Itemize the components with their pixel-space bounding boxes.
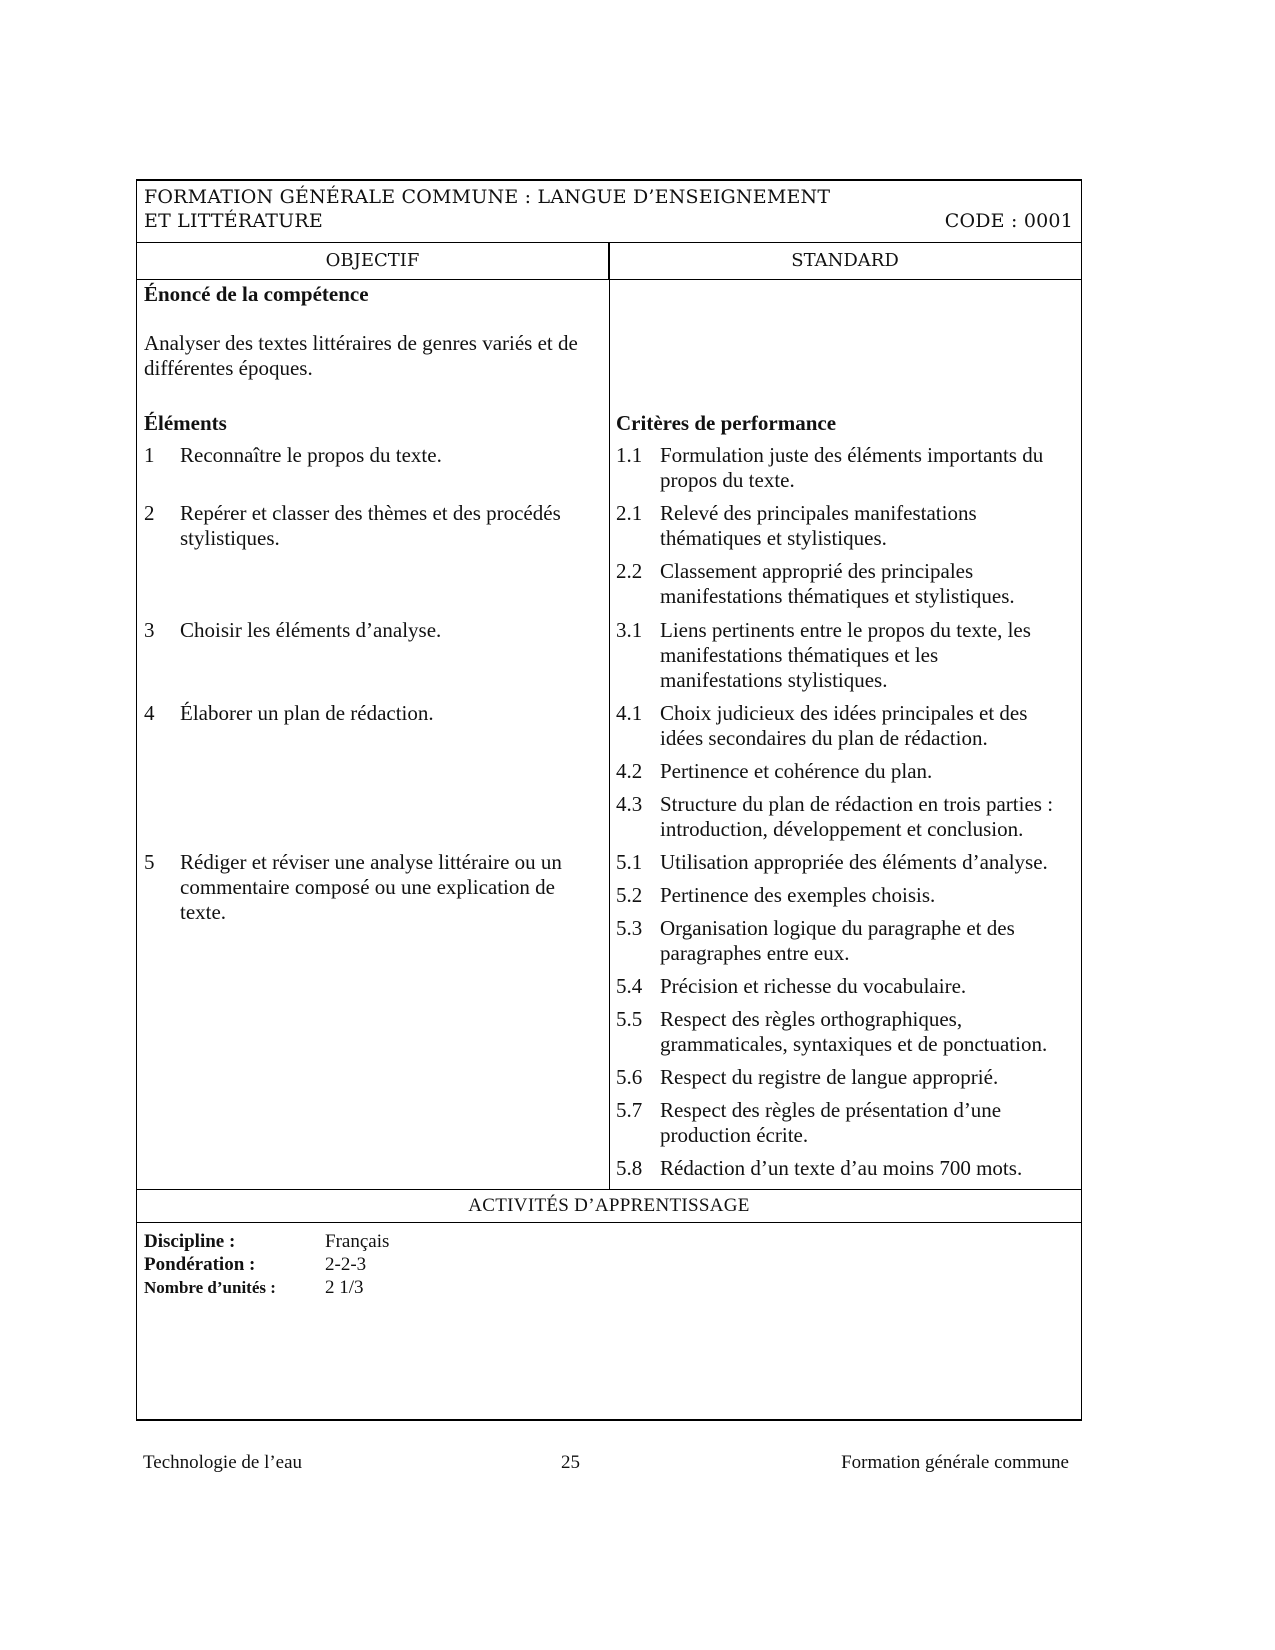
course-code: CODE : 0001 — [945, 210, 1073, 232]
item-text: Relevé des principales manifestations — [660, 501, 977, 526]
item-number: 4 — [144, 701, 155, 726]
item-text: grammaticales, syntaxiques et de ponctua… — [660, 1032, 1047, 1057]
item-text: Précision et richesse du vocabulaire. — [660, 974, 966, 999]
item-text: Rédiger et réviser une analyse littérair… — [180, 850, 562, 875]
document-page: FORMATION GÉNÉRALE COMMUNE : LANGUE D’EN… — [0, 0, 1275, 1650]
item-text: Respect des règles orthographiques, — [660, 1007, 962, 1032]
column-divider — [609, 243, 610, 1189]
table-title-row: FORMATION GÉNÉRALE COMMUNE : LANGUE D’EN… — [137, 181, 1081, 243]
item-text: Structure du plan de rédaction en trois … — [660, 792, 1053, 817]
item-number: 5.4 — [616, 974, 642, 999]
item-text: Organisation logique du paragraphe et de… — [660, 916, 1015, 941]
item-text: Formulation juste des éléments important… — [660, 443, 1043, 468]
item-number: 1 — [144, 443, 155, 468]
item-number: 4.3 — [616, 792, 642, 817]
item-text: commentaire composé ou une explication d… — [180, 875, 555, 900]
item-text: production écrite. — [660, 1123, 808, 1148]
item-text: texte. — [180, 900, 226, 925]
title-line-2: ET LITTÉRATURE — [144, 210, 323, 232]
item-number: 5.5 — [616, 1007, 642, 1032]
footer-left: Technologie de l’eau — [143, 1452, 302, 1474]
item-number: 4.1 — [616, 701, 642, 726]
item-text: Classement approprié des principales — [660, 559, 973, 584]
item-number: 5 — [144, 850, 155, 875]
competence-heading: Énoncé de la compétence — [144, 282, 369, 307]
page-number: 25 — [561, 1452, 580, 1474]
item-text: introduction, développement et conclusio… — [660, 817, 1023, 842]
item-text: thématiques et stylistiques. — [660, 526, 887, 551]
info-value: 2 1/3 — [325, 1276, 364, 1299]
item-number: 5.1 — [616, 850, 642, 875]
info-label: Pondération : — [144, 1253, 255, 1276]
item-number: 2.1 — [616, 501, 642, 526]
item-number: 2 — [144, 501, 155, 526]
competence-text-line-1: Analyser des textes littéraires de genre… — [144, 331, 578, 356]
item-text: Utilisation appropriée des éléments d’an… — [660, 850, 1048, 875]
competency-table: FORMATION GÉNÉRALE COMMUNE : LANGUE D’EN… — [136, 179, 1082, 1421]
column-header-standard: STANDARD — [609, 243, 1081, 280]
item-text: stylistiques. — [180, 526, 280, 551]
item-text: propos du texte. — [660, 468, 795, 493]
item-text: manifestations thématiques et les — [660, 643, 938, 668]
item-number: 2.2 — [616, 559, 642, 584]
item-number: 4.2 — [616, 759, 642, 784]
item-number: 3.1 — [616, 618, 642, 643]
title-line-1: FORMATION GÉNÉRALE COMMUNE : LANGUE D’EN… — [144, 186, 830, 208]
item-text: Liens pertinents entre le propos du text… — [660, 618, 1031, 643]
column-header-objectif: OBJECTIF — [137, 243, 609, 280]
item-text: Repérer et classer des thèmes et des pro… — [180, 501, 561, 526]
item-text: Rédaction d’un texte d’au moins 700 mots… — [660, 1156, 1022, 1181]
criteria-heading: Critères de performance — [616, 411, 836, 436]
item-text: Pertinence et cohérence du plan. — [660, 759, 932, 784]
item-text: manifestations thématiques et stylistiqu… — [660, 584, 1015, 609]
footer-right: Formation générale commune — [841, 1452, 1069, 1474]
elements-heading: Éléments — [144, 411, 227, 436]
info-value: 2-2-3 — [325, 1253, 366, 1276]
item-number: 5.7 — [616, 1098, 642, 1123]
info-value: Français — [325, 1230, 389, 1253]
item-number: 5.3 — [616, 916, 642, 941]
item-text: Respect du registre de langue approprié. — [660, 1065, 998, 1090]
item-text: Pertinence des exemples choisis. — [660, 883, 935, 908]
item-text: Élaborer un plan de rédaction. — [180, 701, 434, 726]
item-number: 1.1 — [616, 443, 642, 468]
item-text: manifestations stylistiques. — [660, 668, 887, 693]
item-number: 5.6 — [616, 1065, 642, 1090]
competence-text-line-2: différentes époques. — [144, 356, 313, 381]
item-text: Respect des règles de présentation d’une — [660, 1098, 1001, 1123]
item-number: 3 — [144, 618, 155, 643]
info-label: Discipline : — [144, 1230, 235, 1253]
item-text: idées secondaires du plan de rédaction. — [660, 726, 988, 751]
activities-heading: ACTIVITÉS D’APPRENTISSAGE — [137, 1189, 1081, 1223]
info-label: Nombre d’unités : — [144, 1276, 276, 1299]
item-text: Choisir les éléments d’analyse. — [180, 618, 441, 643]
item-text: paragraphes entre eux. — [660, 941, 849, 966]
item-text: Reconnaître le propos du texte. — [180, 443, 442, 468]
item-number: 5.2 — [616, 883, 642, 908]
item-number: 5.8 — [616, 1156, 642, 1181]
item-text: Choix judicieux des idées principales et… — [660, 701, 1027, 726]
